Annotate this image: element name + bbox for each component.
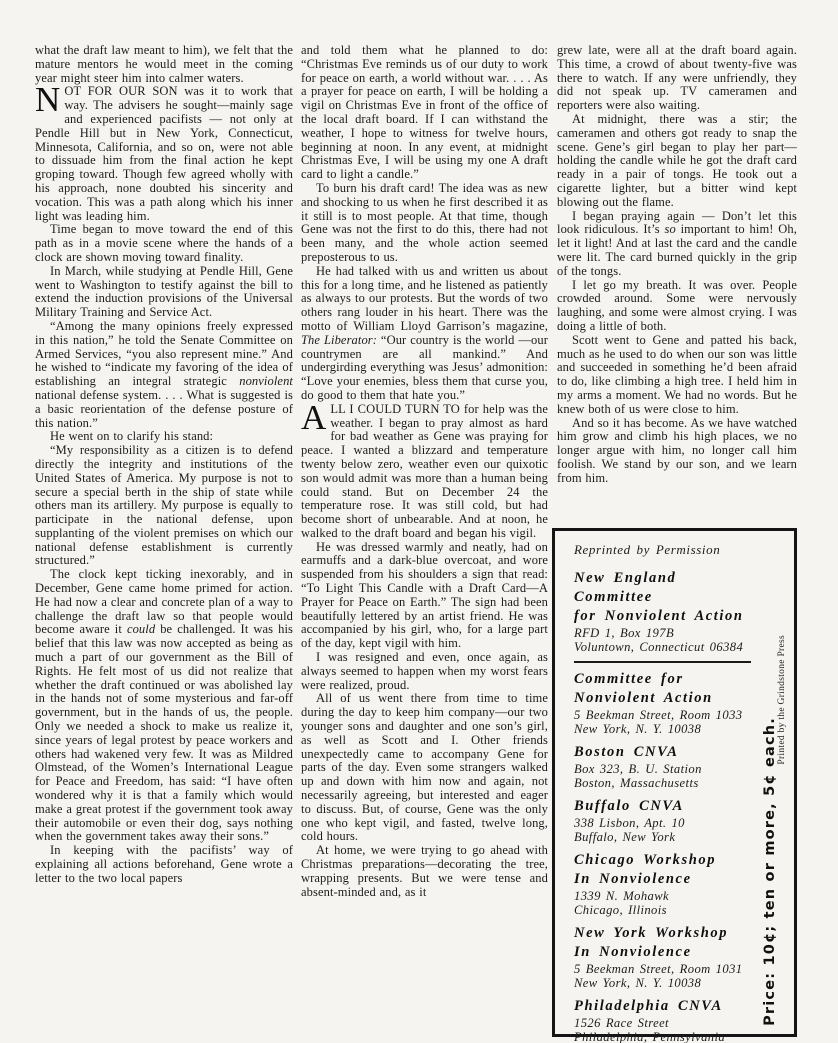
paragraph: At home, we were trying to go ahead with… xyxy=(301,844,548,899)
committee-list: New England Committeefor Nonviolent Acti… xyxy=(574,569,756,1043)
paragraph: All of us went there from time to time d… xyxy=(301,692,548,844)
paragraph: In March, while studying at Pendle Hill,… xyxy=(35,265,293,320)
paragraph: ALL I COULD TURN TO for help was the wea… xyxy=(301,403,548,541)
committee-address-line: New York, N. Y. 10038 xyxy=(574,976,756,990)
committee-entry: Boston CNVABox 323, B. U. StationBoston,… xyxy=(574,743,756,790)
paragraph: and told them what he planned to do: “Ch… xyxy=(301,44,548,182)
paragraph: He was dressed warmly and neatly, had on… xyxy=(301,541,548,651)
paragraph: He went on to clarify his stand: xyxy=(35,430,293,444)
committee-address-line: Buffalo, New York xyxy=(574,830,756,844)
committee-address-line: 1526 Race Street xyxy=(574,1016,756,1030)
committee-address-line: Boston, Massachusetts xyxy=(574,776,756,790)
paragraph: At midnight, there was a stir; the camer… xyxy=(557,113,797,210)
paragraph: Scott went to Gene and patted his back, … xyxy=(557,334,797,417)
reprint-permission-box: Reprinted by Permission New England Comm… xyxy=(552,528,797,1037)
paragraph: I was resigned and even, once again, as … xyxy=(301,651,548,692)
dropcap-letter: A xyxy=(301,403,330,431)
committee-entry: New York WorkshopIn Nonviolence5 Beekman… xyxy=(574,924,756,990)
committee-entry: New England Committeefor Nonviolent Acti… xyxy=(574,569,756,654)
paragraph: He had talked with us and written us abo… xyxy=(301,265,548,403)
committee-address-line: 5 Beekman Street, Room 1033 xyxy=(574,708,756,722)
divider-rule xyxy=(574,661,751,663)
paragraph: “Among the many opinions freely expresse… xyxy=(35,320,293,430)
reprint-permission-note: Reprinted by Permission xyxy=(574,542,756,558)
committee-name: New England Committeefor Nonviolent Acti… xyxy=(574,569,756,626)
committee-address-line: Box 323, B. U. Station xyxy=(574,762,756,776)
paragraph: what the draft law meant to him), we fel… xyxy=(35,44,293,85)
committee-address-line: 5 Beekman Street, Room 1031 xyxy=(574,962,756,976)
committee-name: Committee forNonviolent Action xyxy=(574,670,756,708)
committee-address-line: 1339 N. Mohawk xyxy=(574,889,756,903)
committee-name: New York WorkshopIn Nonviolence xyxy=(574,924,756,962)
paragraph: I let go my breath. It was over. People … xyxy=(557,279,797,334)
committee-address-line: Voluntown, Connecticut 06384 xyxy=(574,640,756,654)
committee-name: Philadelphia CNVA xyxy=(574,997,756,1016)
committee-address-line: RFD 1, Box 197B xyxy=(574,626,756,640)
committee-entry: Philadelphia CNVA1526 Race StreetPhilade… xyxy=(574,997,756,1043)
article-column-2: and told them what he planned to do: “Ch… xyxy=(301,44,548,1040)
article-column-3: grew late, were all at the draft board a… xyxy=(557,44,797,524)
paragraph: Time began to move toward the end of thi… xyxy=(35,223,293,264)
paragraph: The clock kept ticking inexorably, and i… xyxy=(35,568,293,844)
committee-entry: Committee forNonviolent Action5 Beekman … xyxy=(574,670,756,736)
paragraph: In keeping with the pacifists’ way of ex… xyxy=(35,844,293,885)
committee-name: Boston CNVA xyxy=(574,743,756,762)
dropcap-letter: N xyxy=(35,85,64,113)
paragraph: “My responsibility as a citizen is to de… xyxy=(35,444,293,568)
paragraph: I began praying again — Don’t let this l… xyxy=(557,210,797,279)
paragraph: And so it has become. As we have watched… xyxy=(557,417,797,486)
paragraph: To burn his draft card! The idea was as … xyxy=(301,182,548,265)
committee-name: Chicago WorkshopIn Nonviolence xyxy=(574,851,756,889)
committee-entry: Buffalo CNVA338 Lisbon, Apt. 10Buffalo, … xyxy=(574,797,756,844)
committee-name: Buffalo CNVA xyxy=(574,797,756,816)
committee-address-line: Philadelphia, Pennsylvania xyxy=(574,1030,756,1043)
printer-credit-vertical: Printed by the Grindstone Press xyxy=(777,635,787,765)
price-note-vertical: Price: 10¢; ten or more, 5¢ each. xyxy=(762,717,778,1026)
document-page: what the draft law meant to him), we fel… xyxy=(0,0,838,1043)
committee-entry: Chicago WorkshopIn Nonviolence1339 N. Mo… xyxy=(574,851,756,917)
committee-address-line: 338 Lisbon, Apt. 10 xyxy=(574,816,756,830)
committee-address-line: Chicago, Illinois xyxy=(574,903,756,917)
paragraph: grew late, were all at the draft board a… xyxy=(557,44,797,113)
paragraph: NOT FOR OUR SON was it to work that way.… xyxy=(35,85,293,223)
article-column-1: what the draft law meant to him), we fel… xyxy=(35,44,293,1040)
committee-address-line: New York, N. Y. 10038 xyxy=(574,722,756,736)
